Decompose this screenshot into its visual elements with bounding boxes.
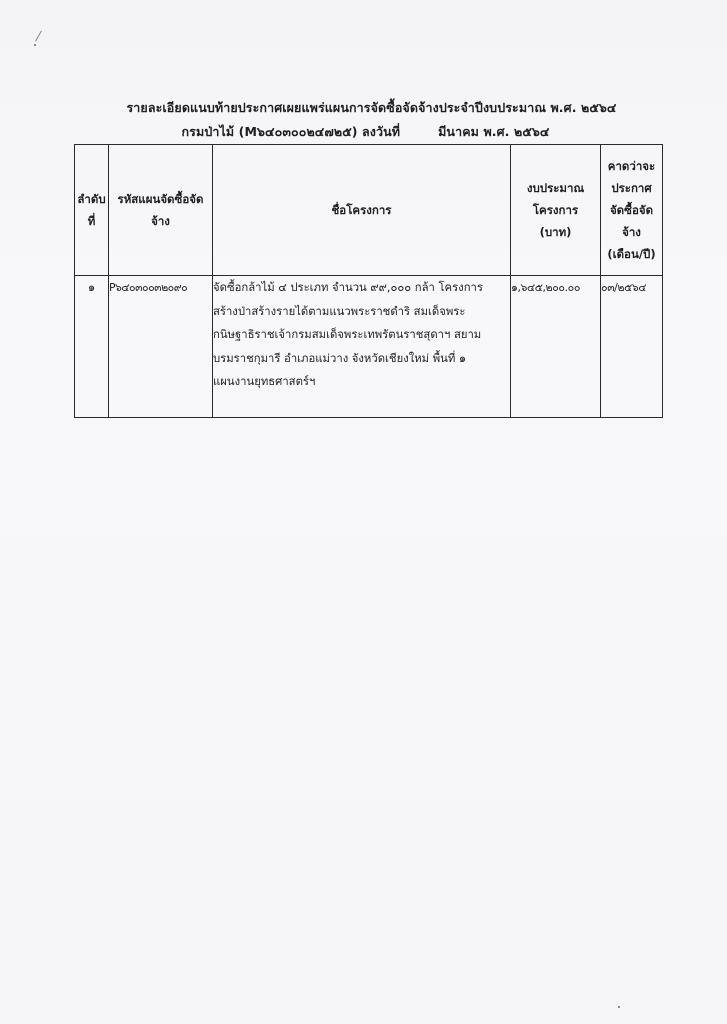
cell-plan-code: P๖๔๐๓๐๐๓๒๐๙๐ <box>109 276 213 418</box>
table-row: ๑ P๖๔๐๓๐๐๓๒๐๙๐ จัดซื้อกล้าไม้ ๔ ประเภท จ… <box>75 276 663 418</box>
scanned-page: รายละเอียดแนบท้ายประกาศเผยแพร่แผนการจัดซ… <box>0 0 727 1024</box>
department-and-plan-id: กรมป่าไม้ (M๖๔๐๓๐๐๒๔๗๒๕) ลงวันที่ <box>182 124 401 139</box>
header-expected-month: คาดว่าจะ ประกาศ จัดซื้อจัด จ้าง (เดือน/ป… <box>601 145 663 276</box>
scan-artifact-dot <box>34 44 36 46</box>
header-budget: งบประมาณ โครงการ (บาท) <box>511 145 601 276</box>
table-header-row: ลำดับ ที่ รหัสแผนจัดซื้อจัด จ้าง ชื่อโคร… <box>75 145 663 276</box>
document-title: รายละเอียดแนบท้ายประกาศเผยแพร่แผนการจัดซ… <box>8 98 727 118</box>
scan-artifact-mark <box>35 31 42 42</box>
announcement-date: มีนาคม พ.ศ. ๒๕๖๔ <box>438 124 549 139</box>
header-seq: ลำดับ ที่ <box>75 145 109 276</box>
cell-seq: ๑ <box>75 276 109 418</box>
header-project-name: ชื่อโครงการ <box>213 145 511 276</box>
document-subtitle: กรมป่าไม้ (M๖๔๐๓๐๐๒๔๗๒๕) ลงวันที่มีนาคม … <box>2 122 727 142</box>
header-plan-code: รหัสแผนจัดซื้อจัด จ้าง <box>109 145 213 276</box>
cell-expected-month: ๐๓/๒๕๖๔ <box>601 276 663 418</box>
cell-budget: ๑,๖๔๕,๒๐๐.๐๐ <box>511 276 601 418</box>
cell-project-name: จัดซื้อกล้าไม้ ๔ ประเภท จำนวน ๙๙,๐๐๐ กล้… <box>213 276 511 418</box>
scan-artifact-dot <box>618 1006 620 1008</box>
procurement-plan-table: ลำดับ ที่ รหัสแผนจัดซื้อจัด จ้าง ชื่อโคร… <box>74 144 663 418</box>
